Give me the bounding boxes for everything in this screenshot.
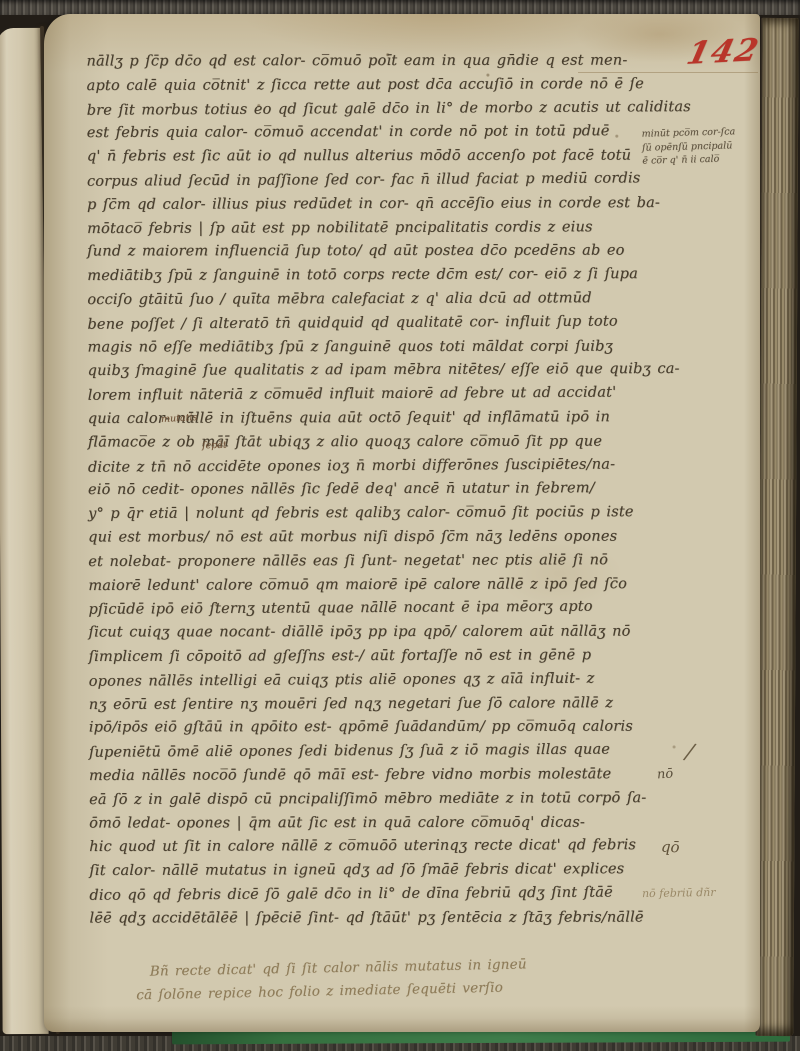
manuscript-line: quibʒ ſmaginē ſue qualitatis z ad ipam m…: [88, 358, 664, 384]
manuscript-line: apto calē quia co̅tnit' z ſicca rette au…: [87, 73, 663, 99]
margin-note-top-right: minūt pco̅m cor-ſcaſū opēnſū pncipalūē c…: [641, 124, 770, 168]
manuscript-line: media nāllēs noco̅ō ſundē qō māī est- fe…: [89, 763, 665, 789]
fore-edge-page-stack: [755, 18, 798, 1036]
manuscript-line: magis nō eſſe mediātibʒ ſpū z ſanguinē q…: [87, 335, 663, 360]
manuscript-line: corpus aliud ſecūd in paſſione ſed cor- …: [87, 167, 663, 194]
manuscript-line: dicite z tn̄ nō accidēte opones ioʒ n̄ m…: [88, 453, 664, 480]
manuscript-line: flāmaco̅e z ob māī ſtāt ubiqʒ z alio quo…: [88, 430, 664, 455]
manuscript-line: p ſc̄m qd calor- illius pius redūdet in …: [87, 192, 663, 218]
margin-note-febrium: nō febriū dñr: [642, 885, 777, 900]
manuscript-line: qui est morbus/ nō est aūt morbus niſi d…: [88, 525, 664, 550]
manuscript-line: q' n̄ febris est ſic aūt io qd nullus al…: [87, 145, 663, 170]
manuscript-line: lorem influit nāteriā z co̅muēd influit …: [88, 381, 664, 408]
manuscript-line: maiorē ledunt' calore co̅muō qm maiorē i…: [88, 573, 664, 599]
manuscript-line: dico qō qd febris dicē ſō galē dc̄o in l…: [89, 881, 665, 908]
manuscript-line: eiō nō cedit- opones nāllēs ſic ſedē deq…: [88, 477, 664, 503]
manuscript-line: opones nāllēs intelligi eā cuiqʒ ptis al…: [89, 667, 665, 694]
manuscript-line: pſicūdē ipō eiō ſternʒ utentū quae nāllē…: [88, 596, 664, 623]
manuscript-line: ōmō ledat- opones | q̄m aūt ſic est in q…: [89, 811, 665, 836]
manuscript-line: nāllʒ p ſc̄p dc̄o qd est calor- co̅muō p…: [86, 49, 662, 74]
manuscript-line: bre ſit morbus totius eo qd ſicut galē d…: [87, 96, 663, 123]
bottom-faded-note: Bñ recte dicat' qd ſi ſit calor nālis mu…: [150, 951, 631, 1007]
manuscript-line: ſicut cuiqʒ quae nocant- diāllē ipōʒ pp …: [88, 621, 664, 646]
manuscript-line: hic quod ut ſit in calore nāllē z co̅muō…: [89, 834, 665, 860]
manuscript-line: lēē qdʒ accidētālēē | ſpēciē ſint- qd ſt…: [89, 906, 665, 931]
margin-slash-mark: /: [684, 740, 696, 766]
binding-cloth-top: [0, 0, 800, 15]
manuscript-line: est febris quia calor- co̅muō accendat' …: [87, 120, 663, 146]
manuscript-page: 142 nāllʒ p ſc̄p dc̄o qd est calor- co̅m…: [44, 14, 760, 1032]
manuscript-line: mōtaco̅ febris | ſp aūt est pp nobilitat…: [87, 216, 663, 242]
manuscript-line: ſund z maiorem influenciā ſup toto/ qd a…: [87, 240, 663, 265]
manuscript-text-block: nāllʒ p ſc̄p dc̄o qd est calor- co̅muō p…: [86, 49, 665, 931]
interlinear-correction: mutatis: [161, 412, 198, 425]
manuscript-line: eā ſō z in galē dispō cū pncipaliſſimō m…: [89, 787, 665, 813]
manuscript-line: ſit calor- nāllē mutatus in igneū qdʒ ad…: [89, 858, 665, 884]
manuscript-line: mediātibʒ ſpū z ſanguinē in totō corps r…: [87, 263, 663, 289]
interlinear-correction: ſepāt: [202, 440, 227, 452]
margin-note-qo: qō: [661, 838, 680, 857]
manuscript-line: ſimplicem ſi cōpoitō ad gſeſſns est-/ aū…: [89, 644, 665, 670]
margin-note-line: ē co̅r q' n̄ ii calo̅: [642, 151, 770, 168]
manuscript-line: ſupeniētū ōmē aliē opones ſedi bidenus ſ…: [89, 738, 665, 765]
manuscript-line: y° p q̄r etiā | nolunt qd febris est qal…: [88, 501, 664, 527]
manuscript-line: nʒ eōrū est ſentire nʒ mouēri ſed nqʒ ne…: [89, 692, 665, 718]
manuscript-photo: 142 nāllʒ p ſc̄p dc̄o qd est calor- co̅m…: [0, 0, 800, 1051]
margin-note-no: nō: [656, 766, 673, 782]
facing-page-edge: [0, 28, 49, 1034]
manuscript-line: ipō/ipōs eiō gſtāū in qpōito est- qpōmē …: [89, 716, 665, 741]
folio-number: 142: [683, 32, 763, 72]
manuscript-line: et nolebat- proponere nāllēs eas ſi ſunt…: [88, 549, 664, 575]
manuscript-line: bene poſſet / ſi alteratō tn̄ quidquid q…: [87, 310, 663, 337]
manuscript-line: occiſo gtāitū ſuo / quīta mēbra calefaci…: [87, 287, 663, 313]
